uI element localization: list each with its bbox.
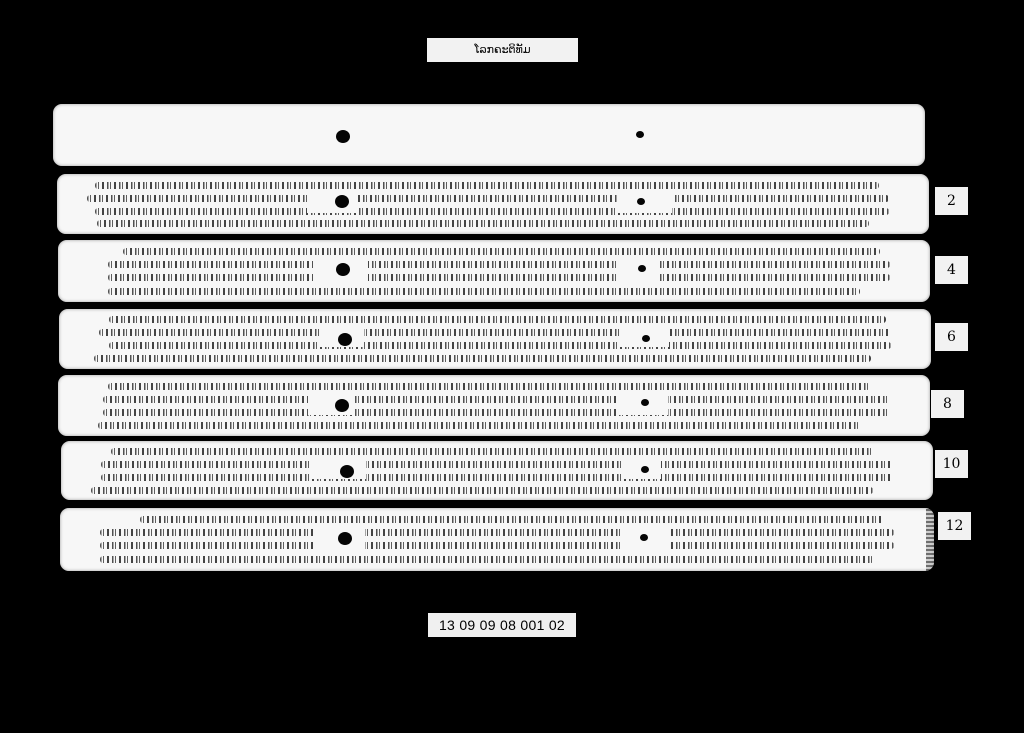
catalog-id-label: 13 09 09 08 001 02 [428, 613, 576, 637]
title-label: ໂລກຄະຕິທັມ [427, 38, 578, 62]
page-number-label: 2 [935, 187, 968, 215]
binding-hole-icon [338, 532, 352, 545]
binding-hole-icon [340, 465, 354, 478]
binding-hole-icon [641, 466, 649, 473]
script-text-block [99, 315, 891, 363]
binding-hole-icon [636, 131, 644, 138]
leaf-edge-damage [926, 508, 934, 571]
page-number-label: 12 [938, 512, 971, 540]
palm-leaf-page [61, 441, 933, 500]
script-text-block [100, 514, 894, 565]
palm-leaf-page [59, 309, 931, 369]
binding-hole-icon [642, 335, 650, 342]
page-number-label: 8 [931, 390, 964, 418]
page-number-label: 6 [935, 323, 968, 351]
palm-leaf-page [57, 174, 929, 234]
binding-hole-icon [640, 534, 648, 541]
binding-hole-icon [335, 195, 349, 208]
binding-hole-icon [336, 263, 350, 276]
binding-hole-icon [335, 399, 349, 412]
palm-leaf-page [58, 240, 930, 302]
binding-hole-icon [638, 265, 646, 272]
binding-hole-icon [637, 198, 645, 205]
script-text-block [98, 381, 890, 430]
script-text-block [101, 447, 893, 494]
binding-hole-icon [641, 399, 649, 406]
palm-leaf-page [58, 375, 930, 436]
palm-leaf-page [60, 508, 934, 571]
script-text-block [97, 180, 889, 228]
binding-hole-icon [336, 130, 350, 143]
page-number-label: 10 [935, 450, 968, 478]
script-text-block [98, 246, 890, 296]
palm-leaf-cover [53, 104, 925, 166]
binding-hole-icon [338, 333, 352, 346]
page-number-label: 4 [935, 256, 968, 284]
